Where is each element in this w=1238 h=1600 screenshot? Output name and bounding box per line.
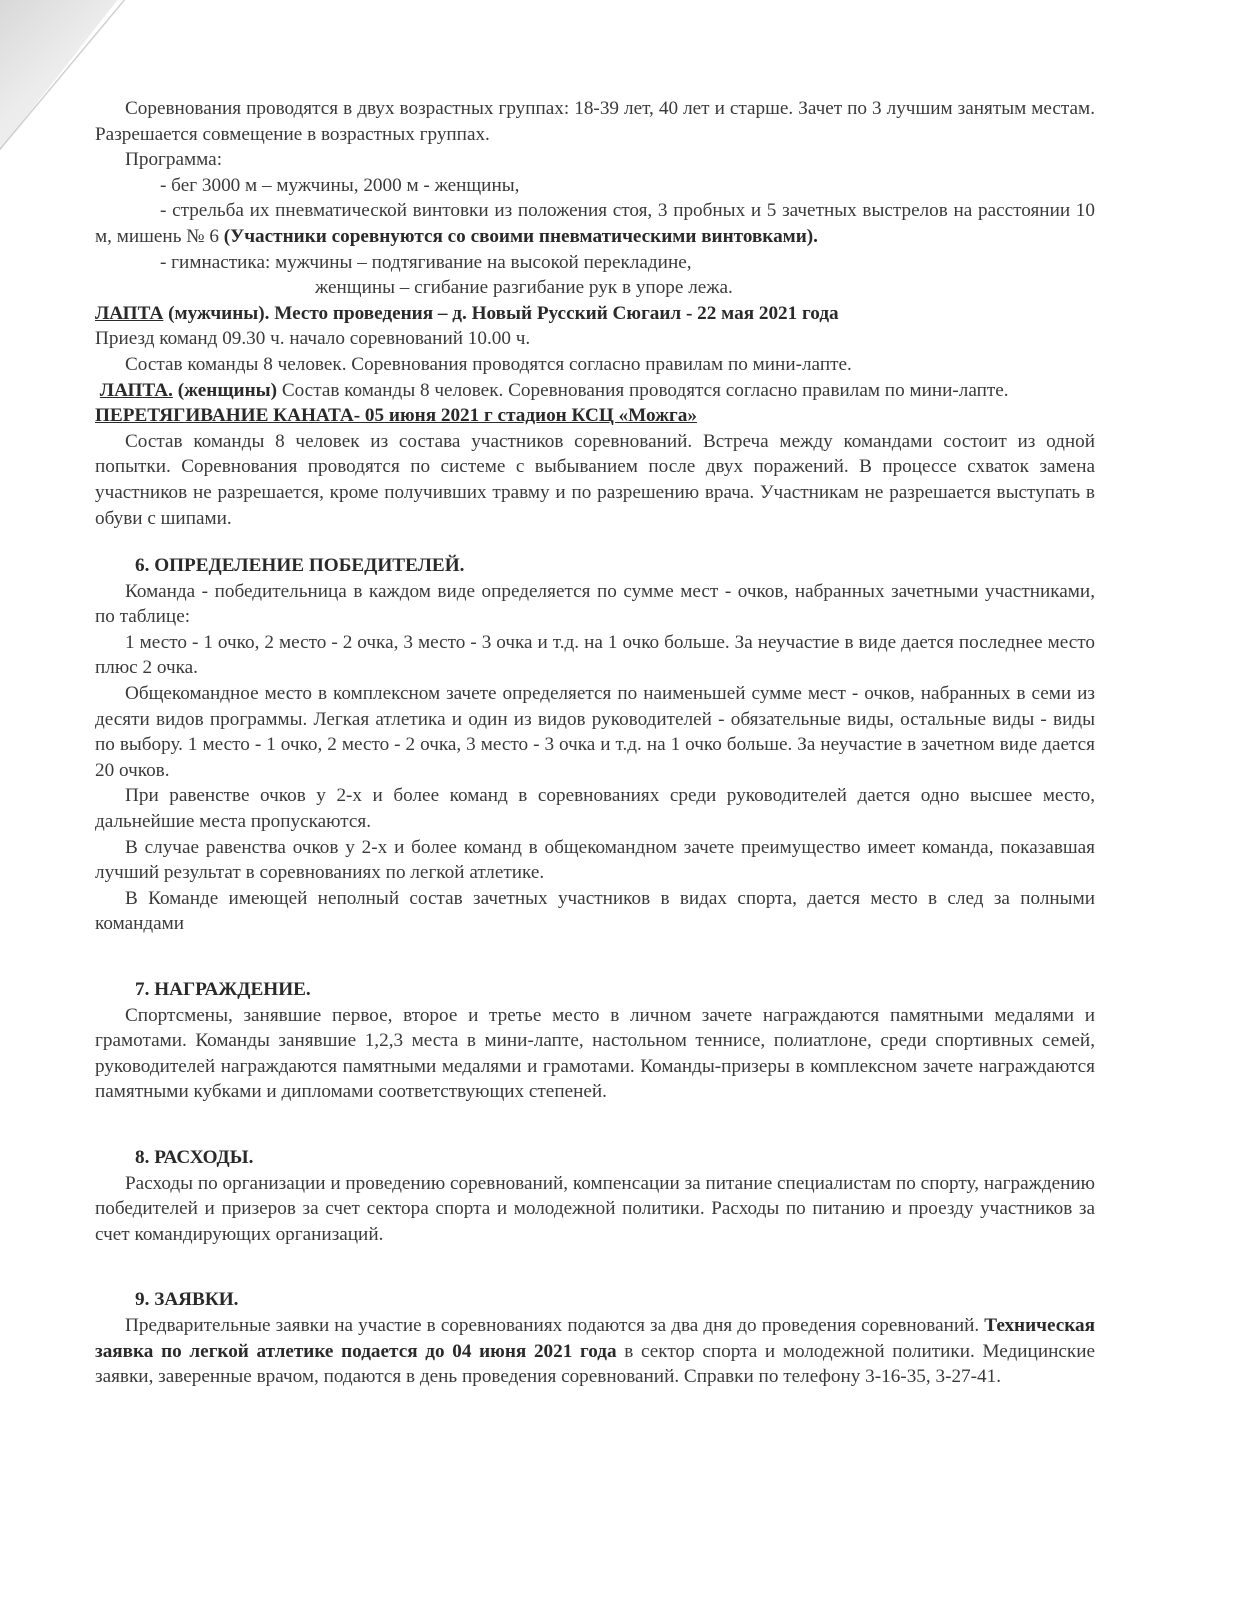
- section-6-p4: При равенстве очков у 2-х и более команд…: [95, 783, 1095, 834]
- tug-of-war-heading: ПЕРЕТЯГИВАНИЕ КАНАТА- 05 июня 2021 г ста…: [95, 403, 1095, 429]
- intro-paragraph: Соревнования проводятся в двух возрастны…: [95, 96, 1095, 147]
- section-6-p1: Команда - победительница в каждом виде о…: [95, 579, 1095, 630]
- shooting-note: (Участники соревнуются со своими пневмат…: [224, 226, 818, 247]
- lapta-women-paragraph: ЛАПТА. (женщины) Состав команды 8 челове…: [95, 378, 1095, 404]
- section-6-p3: Общекомандное место в комплексном зачете…: [95, 681, 1095, 783]
- program-item-run: - бег 3000 м – мужчины, 2000 м - женщины…: [95, 173, 1095, 199]
- tug-of-war-title: ПЕРЕТЯГИВАНИЕ КАНАТА- 05 июня 2021 г ста…: [95, 405, 697, 426]
- program-item-shooting: - стрельба их пневматической винтовки из…: [95, 198, 1095, 249]
- section-6-heading: 6. ОПРЕДЕЛЕНИЕ ПОБЕДИТЕЛЕЙ.: [95, 553, 1095, 579]
- section-6-p2: 1 место - 1 очко, 2 место - 2 очка, 3 ме…: [95, 630, 1095, 681]
- lapta-men-arrival: Приезд команд 09.30 ч. начало соревнован…: [95, 326, 1095, 352]
- section-9-heading: 9. ЗАЯВКИ.: [95, 1287, 1095, 1313]
- section-6-p6: В Команде имеющей неполный состав зачетн…: [95, 886, 1095, 937]
- lapta-women-text: Состав команды 8 человек. Соревнования п…: [277, 380, 1009, 401]
- lapta-men-heading: ЛАПТА (мужчины). Место проведения – д. Н…: [95, 301, 1095, 327]
- tug-of-war-text: Состав команды 8 человек из состава учас…: [95, 429, 1095, 531]
- section-6-p5: В случае равенства очков у 2-х и более к…: [95, 835, 1095, 886]
- section-8-heading: 8. РАСХОДЫ.: [95, 1145, 1095, 1171]
- lapta-women-label: (женщины): [173, 380, 277, 401]
- program-item-gym-men: - гимнастика: мужчины – подтягивание на …: [95, 250, 1095, 276]
- lapta-women-title: ЛАПТА.: [100, 380, 173, 401]
- section-7-p1: Спортсмены, занявшие первое, второе и тр…: [95, 1003, 1095, 1105]
- section-7-heading: 7. НАГРАЖДЕНИЕ.: [95, 977, 1095, 1003]
- lapta-men-details: (мужчины). Место проведения – д. Новый Р…: [163, 303, 838, 324]
- program-item-gym-women: женщины – сгибание разгибание рук в упор…: [95, 275, 1095, 301]
- section-9-p1: Предварительные заявки на участие в соре…: [95, 1313, 1095, 1390]
- document-page: Соревнования проводятся в двух возрастны…: [95, 96, 1095, 1390]
- lapta-men-rules: Состав команды 8 человек. Соревнования п…: [95, 352, 1095, 378]
- section-9-text-start: Предварительные заявки на участие в соре…: [125, 1315, 984, 1336]
- section-8-p1: Расходы по организации и проведению соре…: [95, 1171, 1095, 1248]
- lapta-men-title: ЛАПТА: [95, 303, 163, 324]
- program-label: Программа:: [95, 147, 1095, 173]
